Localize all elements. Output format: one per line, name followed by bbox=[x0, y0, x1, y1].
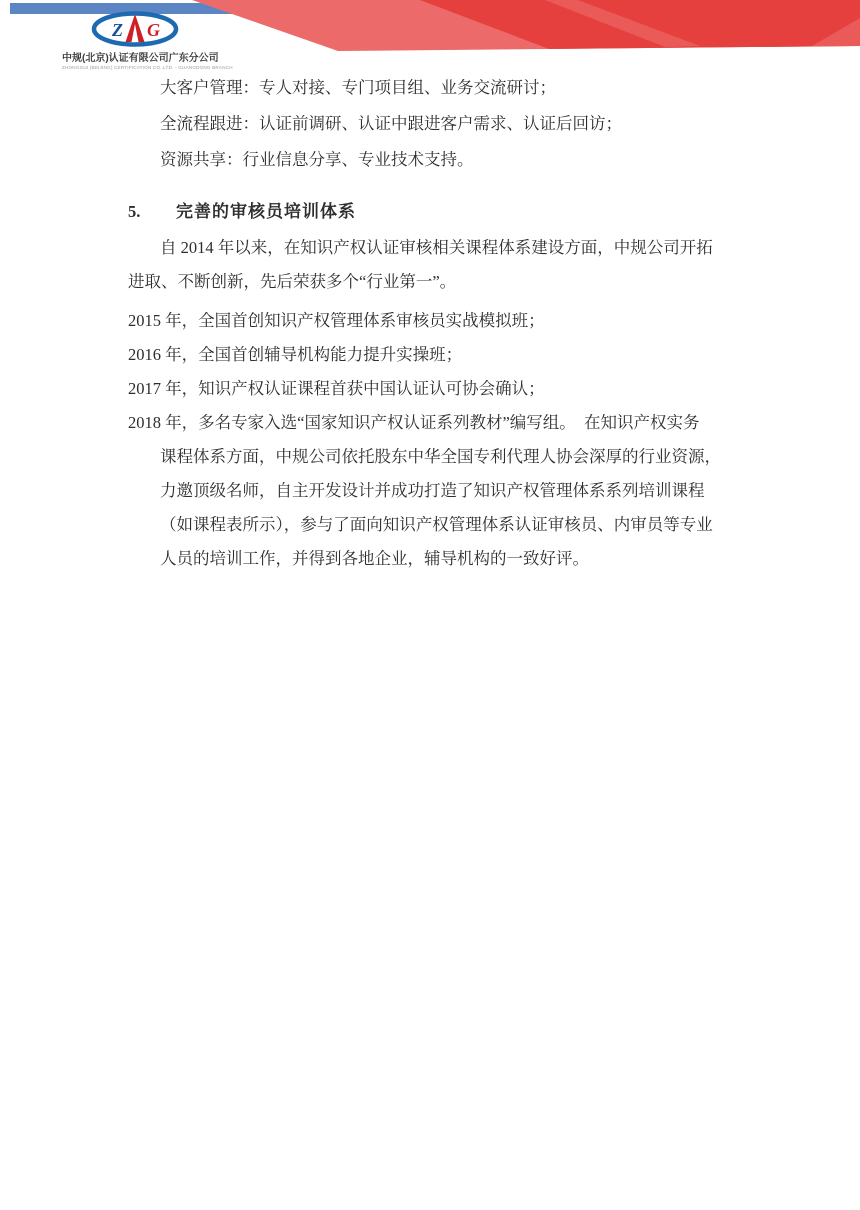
milestone-list: 2015 年，全国首创知识产权管理体系审核员实战模拟班； 2016 年，全国首创… bbox=[128, 304, 742, 576]
milestone-continuation: 力邀顶级名师，自主开发设计并成功打造了知识产权管理体系系列培训课程 bbox=[128, 474, 742, 508]
section-heading: 5. 完善的审核员培训体系 bbox=[128, 198, 742, 226]
document-page: Z G 中规(北京)认证有限公司广东分公司 ZHONGGUI (BEIJING)… bbox=[0, 0, 860, 1210]
intro-line-resource-sharing: 资源共享：行业信息分享、专业技术支持。 bbox=[128, 142, 742, 178]
milestone-2016: 2016 年，全国首创辅导机构能力提升实操班； bbox=[128, 338, 742, 372]
milestone-2015: 2015 年，全国首创知识产权管理体系审核员实战模拟班； bbox=[128, 304, 742, 338]
intro-line-key-accounts: 大客户管理：专人对接、专门项目组、业务交流研讨； bbox=[128, 70, 742, 106]
milestone-continuation: 课程体系方面，中规公司依托股东中华全国专利代理人协会深厚的行业资源， bbox=[128, 440, 742, 474]
company-name-chinese: 中规(北京)认证有限公司广东分公司 bbox=[62, 49, 208, 64]
paragraph-line: 自 2014 年以来，在知识产权认证审核相关课程体系建设方面，中规公司开拓 bbox=[128, 231, 742, 265]
milestone-continuation: （如课程表所示），参与了面向知识产权管理体系认证审核员、内审员等专业 bbox=[128, 508, 742, 542]
milestone-2018: 2018 年，多名专家入选“国家知识产权认证系列教材”编写组。 在知识产权实务 bbox=[128, 406, 742, 440]
logo-letter-z: Z bbox=[111, 20, 123, 40]
document-body: 大客户管理：专人对接、专门项目组、业务交流研讨； 全流程跟进：认证前调研、认证中… bbox=[128, 70, 742, 576]
milestone-continuation: 人员的培训工作，并得到各地企业，辅导机构的一致好评。 bbox=[128, 542, 742, 576]
section-number: 5. bbox=[128, 198, 176, 226]
intro-line-full-process: 全流程跟进：认证前调研、认证中跟进客户需求、认证后回访； bbox=[128, 106, 742, 142]
logo-letter-g: G bbox=[147, 20, 160, 40]
section-title: 完善的审核员培训体系 bbox=[176, 198, 356, 226]
paragraph-line: 进取、不断创新，先后荣获多个“行业第一”。 bbox=[128, 265, 742, 299]
milestone-2017: 2017 年，知识产权认证课程首获中国认证认可协会确认； bbox=[128, 372, 742, 406]
company-logo-block: Z G 中规(北京)认证有限公司广东分公司 ZHONGGUI (BEIJING)… bbox=[62, 10, 208, 70]
section-paragraph: 自 2014 年以来，在知识产权认证审核相关课程体系建设方面，中规公司开拓 进取… bbox=[128, 231, 742, 299]
zg-logo-icon: Z G bbox=[91, 10, 179, 48]
